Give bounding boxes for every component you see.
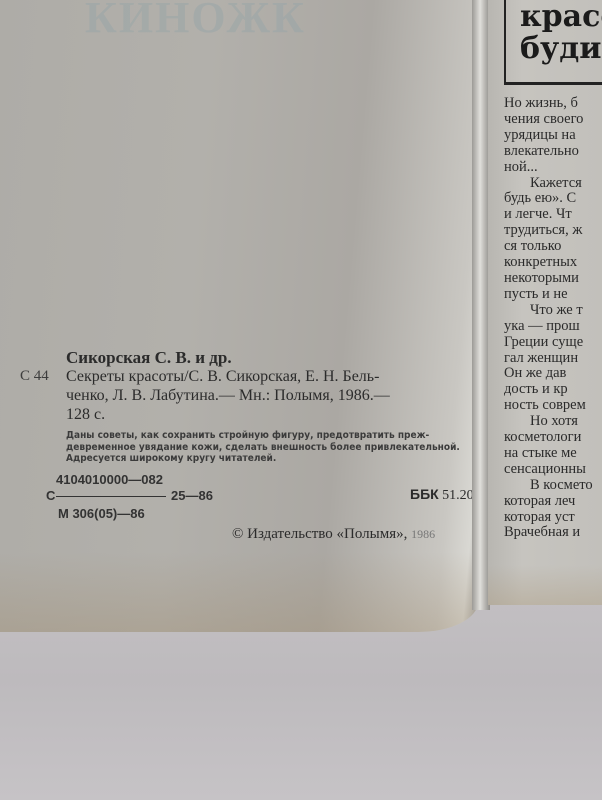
book-description: Секреты красоты/С. В. Сикорская, Е. Н. Б… bbox=[66, 367, 486, 424]
text-line: ся только bbox=[504, 239, 602, 255]
text-line: которая уст bbox=[504, 510, 602, 526]
text-line: ука — прош bbox=[504, 319, 602, 335]
copyright-line: © Издательство «Полымя», 1986 bbox=[232, 526, 435, 543]
text-line: чения своего bbox=[504, 112, 602, 128]
annotation-line: Адресуется широкому кругу читателей. bbox=[66, 453, 486, 465]
banner-line: красо bbox=[520, 2, 602, 32]
text-line: косметологи bbox=[504, 430, 602, 446]
left-page: КИНОЖК Сикорская С. В. и др. С 44 Секрет… bbox=[0, 0, 478, 632]
text-line: урядицы на bbox=[504, 128, 602, 144]
annotation: Даны советы, как сохранить стройную фигу… bbox=[66, 430, 486, 465]
text-line: пусть и не bbox=[504, 287, 602, 303]
annotation-line: девременное увядание кожи, сделать внешн… bbox=[66, 442, 486, 454]
code-numerator: 4104010000—082 bbox=[56, 472, 163, 487]
code-suffix: 25—86 bbox=[171, 488, 213, 503]
text-line: Кажется bbox=[504, 176, 602, 192]
body-text: Но жизнь, бчения своегоурядицы навлекате… bbox=[504, 96, 602, 541]
text-line: В космето bbox=[504, 478, 602, 494]
faded-heading: КИНОЖК bbox=[85, 0, 306, 43]
text-line: дость и кр bbox=[504, 382, 602, 398]
text-line: Что же т bbox=[504, 303, 602, 319]
fraction-bar bbox=[56, 496, 166, 497]
text-line: трудиться, ж bbox=[504, 223, 602, 239]
text-line: конкретных bbox=[504, 255, 602, 271]
copyright-text: Издательство «Полымя», bbox=[247, 526, 407, 542]
text-line: ной... bbox=[504, 160, 602, 176]
author-line: Сикорская С. В. и др. bbox=[66, 348, 232, 368]
description-line: ченко, Л. В. Лабутина.— Мн.: Полымя, 198… bbox=[66, 386, 486, 405]
text-line: будь ею». С bbox=[504, 191, 602, 207]
chapter-banner: красо буди bbox=[504, 0, 602, 85]
code-prefix: С bbox=[46, 488, 55, 503]
text-line: некоторыми bbox=[504, 271, 602, 287]
description-line: Секреты красоты/С. В. Сикорская, Е. Н. Б… bbox=[66, 367, 486, 386]
text-line: которая леч bbox=[504, 494, 602, 510]
description-line: 128 с. bbox=[66, 405, 486, 424]
catalog-index: С 44 bbox=[20, 368, 49, 385]
text-line: и легче. Чт bbox=[504, 207, 602, 223]
code-denominator: М 306(05)—86 bbox=[58, 506, 145, 521]
bbk-label: ББК bbox=[410, 486, 439, 502]
copyright-year: 1986 bbox=[411, 527, 435, 541]
annotation-line: Даны советы, как сохранить стройную фигу… bbox=[66, 430, 486, 442]
text-line: влекательно bbox=[504, 144, 602, 160]
text-line: Врачебная и bbox=[504, 525, 602, 541]
banner-line: буди bbox=[520, 34, 601, 64]
text-line: сенсационны bbox=[504, 462, 602, 478]
text-line: Греции суще bbox=[504, 335, 602, 351]
text-line: гал женщин bbox=[504, 351, 602, 367]
text-line: на стыке ме bbox=[504, 446, 602, 462]
right-page: красо буди Но жизнь, бчения своегоурядиц… bbox=[488, 0, 602, 605]
text-line: Но хотя bbox=[504, 414, 602, 430]
text-line: ность соврем bbox=[504, 398, 602, 414]
page-shadow bbox=[488, 565, 602, 605]
text-line: Но жизнь, б bbox=[504, 96, 602, 112]
text-line: Он же дав bbox=[504, 366, 602, 382]
copyright-icon: © bbox=[232, 526, 243, 542]
